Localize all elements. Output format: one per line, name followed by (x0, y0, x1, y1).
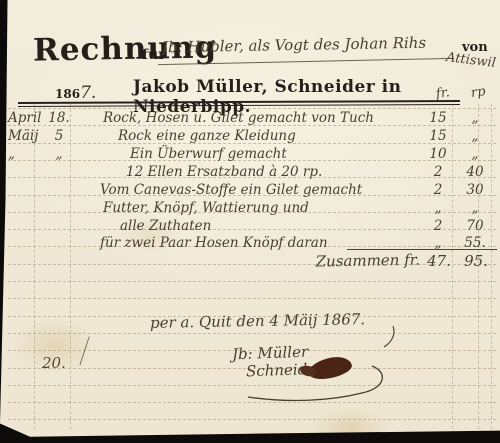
row-rappen: „ (460, 128, 490, 144)
row-francs: 2 (424, 182, 452, 198)
row-description: Vom Canevas-Stoffe ein Gilet gemacht (100, 182, 362, 198)
row-description: alle Zuthaten (120, 218, 211, 234)
total-rappen: 95. (460, 252, 492, 270)
receipt-date-line: per a. Quit den 4 Mäij 1867. (150, 310, 365, 332)
table-row: April 18. Rock, Hosen u. Gilet gemacht v… (0, 110, 500, 127)
ruled-hline (8, 402, 496, 403)
total-francs: 47. (424, 252, 454, 270)
column-header-francs: fr. (435, 85, 451, 102)
row-month: April (8, 110, 44, 126)
row-description: Rock, Hosen u. Gilet gemacht von Tuch (103, 110, 374, 126)
row-description: Futter, Knöpf, Wattierung und (103, 200, 309, 216)
ruled-hline (8, 419, 496, 420)
row-rappen: „ (460, 200, 490, 216)
row-rappen: 70 (460, 218, 490, 234)
year-printed: 186 (55, 87, 80, 101)
row-francs: 10 (424, 146, 452, 162)
ruled-hline (8, 385, 496, 386)
row-francs: 2 (424, 218, 452, 234)
total-label: Zusammen fr. (270, 251, 420, 272)
row-description: Ein Überwurf gemacht (130, 146, 287, 162)
row-rappen: 40 (460, 164, 490, 180)
row-day: 5 (46, 128, 72, 144)
row-rappen: „ (460, 110, 490, 126)
row-francs: „ (424, 200, 452, 216)
row-francs: 2 (424, 164, 452, 180)
invoice-paper: Rechnung für Jb: Hubler, als Vogt des Jo… (0, 0, 500, 443)
ruled-hline (8, 333, 496, 334)
row-day: „ (46, 146, 72, 162)
table-row: alle Zuthaten 2 70 (0, 218, 500, 235)
row-francs: 15 (424, 110, 452, 126)
table-row: Vom Canevas-Stoffe ein Gilet gemacht 2 3… (0, 182, 500, 199)
ruled-hline (8, 298, 496, 299)
photo-background: Rechnung für Jb: Hubler, als Vogt des Jo… (0, 0, 500, 443)
row-description: für zwei Paar Hosen Knöpf daran (100, 235, 328, 251)
column-header-rappen: rp (470, 84, 486, 101)
recipient-place: Attiswil (445, 50, 496, 71)
year-handwritten: 7. (80, 83, 96, 103)
ruled-hline (8, 281, 496, 282)
row-description: 12 Ellen Ersatzband à 20 rp. (126, 164, 322, 180)
page-number: 20. (42, 354, 66, 372)
table-row: Mäij 5 Rock eine ganze Kleidung 15 „ (0, 128, 500, 145)
row-francs: 15 (424, 128, 452, 144)
row-rappen: „ (460, 146, 490, 162)
row-rappen: 30 (460, 182, 490, 198)
row-day: 18. (46, 110, 72, 126)
table-row: Futter, Knöpf, Wattierung und „ „ (0, 200, 500, 217)
ruled-hline (8, 264, 496, 265)
recipient-handwriting: Jb: Hubler, als Vogt des Johan Rihs (162, 34, 426, 57)
year-line: 1867. (55, 83, 96, 103)
total-rule (347, 249, 497, 250)
row-month: Mäij (8, 128, 44, 144)
table-row: 12 Ellen Ersatzband à 20 rp. 2 40 (0, 164, 500, 181)
row-description: Rock eine ganze Kleidung (118, 128, 296, 144)
table-row: „ „ Ein Überwurf gemacht 10 „ (0, 146, 500, 163)
row-month: „ (8, 146, 44, 162)
